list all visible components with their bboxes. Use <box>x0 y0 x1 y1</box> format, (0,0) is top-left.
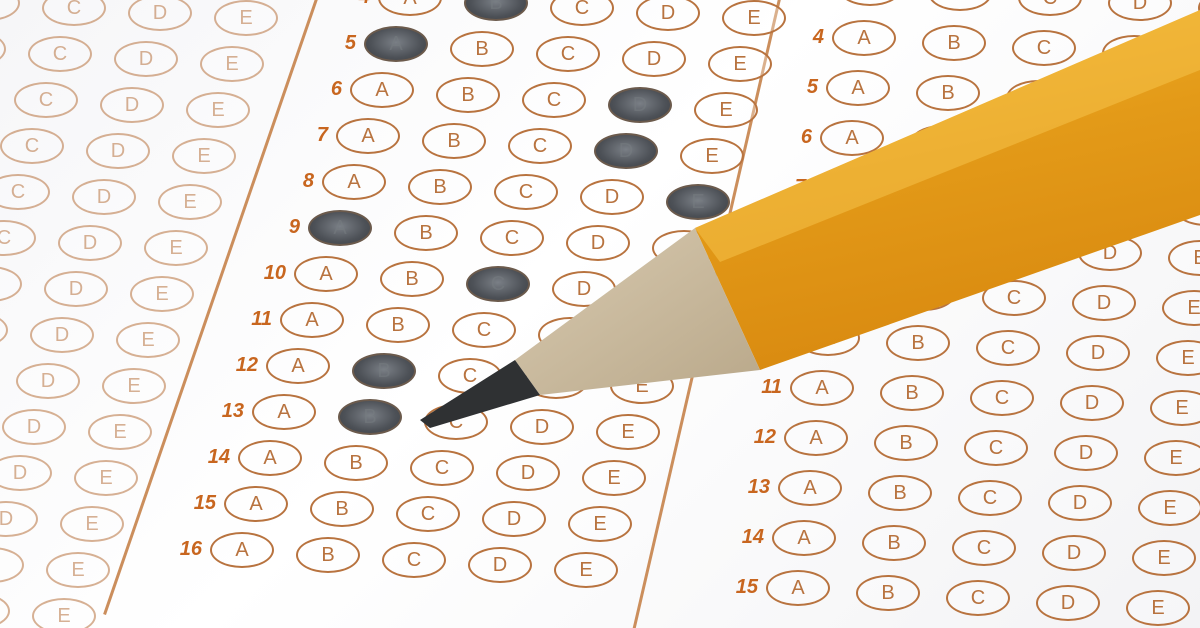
answer-bubble-e[interactable]: E <box>130 276 194 312</box>
question-number: 10 <box>748 326 788 349</box>
answer-bubble-e[interactable]: E <box>1180 140 1200 176</box>
answer-bubble-a[interactable]: A <box>322 164 386 200</box>
answer-bubble-d[interactable]: D <box>58 225 122 261</box>
answer-bubble-b[interactable]: B <box>408 169 472 205</box>
answer-bubble-e[interactable]: E <box>554 552 618 588</box>
answer-bubble-e[interactable]: E <box>214 0 278 36</box>
answer-bubble-b[interactable]: B <box>904 175 968 211</box>
answer-bubble-a[interactable]: A <box>826 70 890 106</box>
answer-bubble-c[interactable]: C <box>958 480 1022 516</box>
answer-bubble-b[interactable]: B <box>450 31 514 67</box>
answer-bubble-b[interactable]: B <box>310 491 374 527</box>
question-number: 7 <box>766 176 806 199</box>
answer-bubble-a[interactable]: A <box>280 302 344 338</box>
answer-bubble-c[interactable]: C <box>0 312 8 348</box>
answer-bubble-e[interactable]: E <box>172 138 236 174</box>
answer-bubble-d[interactable]: D <box>100 87 164 123</box>
answer-bubble-a[interactable]: A <box>308 210 372 246</box>
answer-bubble-c[interactable]: C <box>438 358 502 394</box>
answer-bubble-e[interactable]: E <box>1126 590 1190 626</box>
question-number: 8 <box>274 170 314 193</box>
answer-bubble-e[interactable]: E <box>1150 390 1200 426</box>
answer-bubble-e[interactable]: E <box>1132 540 1196 576</box>
answer-bubble-d[interactable]: D <box>636 0 700 31</box>
answer-bubble-c[interactable]: C <box>424 404 488 440</box>
answer-bubble-b[interactable]: B <box>922 25 986 61</box>
answer-bubble-e[interactable]: E <box>32 598 96 628</box>
answer-bubble-c[interactable]: C <box>522 82 586 118</box>
answer-bubble-c[interactable]: C <box>1012 30 1076 66</box>
answer-bubble-d[interactable]: D <box>594 133 658 169</box>
answer-bubble-d[interactable]: D <box>0 547 24 583</box>
answer-bubble-b[interactable]: B <box>874 425 938 461</box>
question-number: 13 <box>204 400 244 423</box>
answer-bubble-e[interactable]: E <box>1144 440 1200 476</box>
answer-bubble-d[interactable]: D <box>1054 435 1118 471</box>
answer-bubble-b[interactable]: B <box>296 537 360 573</box>
answer-bubble-c[interactable]: C <box>1000 130 1064 166</box>
answer-bubble-d[interactable]: D <box>622 41 686 77</box>
answer-bubble-b[interactable]: B <box>880 375 944 411</box>
answer-bubble-c[interactable]: C <box>982 280 1046 316</box>
answer-bubble-c[interactable]: C <box>0 128 64 164</box>
answer-bubble-b[interactable]: B <box>324 445 388 481</box>
answer-bubble-d[interactable]: D <box>468 547 532 583</box>
answer-bubble-c[interactable]: C <box>988 230 1052 266</box>
answer-bubble-d[interactable]: D <box>1048 485 1112 521</box>
answer-bubble-d[interactable]: D <box>86 133 150 169</box>
answer-bubble-b[interactable]: B <box>868 475 932 511</box>
question-number: 15 <box>718 576 758 599</box>
question-number: 15 <box>176 492 216 515</box>
answer-bubble-d[interactable]: D <box>1078 235 1142 271</box>
answer-bubble-d[interactable]: D <box>1096 85 1160 121</box>
answer-bubble-b[interactable]: B <box>0 31 6 67</box>
answer-bubble-a[interactable]: A <box>784 420 848 456</box>
answer-bubble-a[interactable]: A <box>378 0 442 16</box>
answer-bubble-b[interactable]: B <box>436 77 500 113</box>
answer-bubble-d[interactable]: D <box>128 0 192 31</box>
answer-bubble-c[interactable]: C <box>946 580 1010 616</box>
answer-bubble-c[interactable]: C <box>396 496 460 532</box>
answer-bubble-d[interactable]: D <box>2 409 66 445</box>
answer-bubble-e[interactable]: E <box>74 460 138 496</box>
question-number: 13 <box>730 476 770 499</box>
answer-bubble-d[interactable]: D <box>482 501 546 537</box>
answer-bubble-e[interactable]: E <box>708 46 772 82</box>
answer-bubble-b[interactable]: B <box>366 307 430 343</box>
answer-bubble-d[interactable]: D <box>1036 585 1100 621</box>
answer-bubble-c[interactable]: C <box>382 542 446 578</box>
answer-bubble-a[interactable]: A <box>266 348 330 384</box>
question-number: 7 <box>288 124 328 147</box>
answer-bubble-b[interactable]: B <box>338 399 402 435</box>
answer-bubble-c[interactable]: C <box>480 220 544 256</box>
question-number: 14 <box>190 446 230 469</box>
question-number: 6 <box>772 126 812 149</box>
answer-bubble-e[interactable]: E <box>680 138 744 174</box>
answer-bubble-d[interactable]: D <box>580 179 644 215</box>
question-number: 11 <box>742 376 782 399</box>
answer-bubble-c[interactable]: C <box>452 312 516 348</box>
answer-bubble-a[interactable]: A <box>820 120 884 156</box>
answer-bubble-a[interactable]: A <box>772 520 836 556</box>
answer-bubble-c[interactable]: C <box>976 330 1040 366</box>
answer-bubble-c[interactable]: C <box>42 0 106 26</box>
question-number: 12 <box>736 426 776 449</box>
answer-bubble-e[interactable]: E <box>568 506 632 542</box>
answer-bubble-b[interactable]: B <box>928 0 992 11</box>
answer-bubble-a[interactable]: A <box>796 320 860 356</box>
answer-bubble-b[interactable]: B <box>464 0 528 21</box>
answer-bubble-c[interactable]: C <box>14 82 78 118</box>
answer-bubble-b[interactable]: B <box>910 125 974 161</box>
answer-bubble-d[interactable]: D <box>44 271 108 307</box>
answer-bubble-e[interactable]: E <box>722 0 786 36</box>
question-number: 9 <box>260 216 300 239</box>
answer-bubble-c[interactable]: C <box>0 266 22 302</box>
answer-bubble-a[interactable]: A <box>210 532 274 568</box>
answer-bubble-e[interactable]: E <box>666 184 730 220</box>
answer-sheet: ABCDEABCDEABCDEABCDEABCDEABCDEABCDEABCDE… <box>0 0 1200 628</box>
answer-bubble-c[interactable]: C <box>28 36 92 72</box>
answer-bubble-c[interactable]: C <box>550 0 614 26</box>
answer-bubble-c[interactable]: C <box>970 380 1034 416</box>
answer-bubble-c[interactable]: C <box>0 174 50 210</box>
answer-bubble-b[interactable]: B <box>862 525 926 561</box>
answer-bubble-e[interactable]: E <box>200 46 264 82</box>
answer-bubble-a[interactable]: A <box>224 486 288 522</box>
answer-bubble-b[interactable]: B <box>0 0 20 21</box>
answer-bubble-c[interactable]: C <box>964 430 1028 466</box>
answer-bubble-e[interactable]: E <box>1168 240 1200 276</box>
answer-bubble-e[interactable]: E <box>1138 490 1200 526</box>
answer-bubble-c[interactable]: C <box>508 128 572 164</box>
answer-bubble-a[interactable]: A <box>350 72 414 108</box>
answer-bubble-c[interactable]: C <box>466 266 530 302</box>
answer-bubble-d[interactable]: D <box>114 41 178 77</box>
answer-bubble-c[interactable]: C <box>994 180 1058 216</box>
question-number: 6 <box>302 78 342 101</box>
answer-bubble-e[interactable]: E <box>116 322 180 358</box>
answer-bubble-d[interactable]: D <box>30 317 94 353</box>
answer-bubble-d[interactable]: D <box>1066 335 1130 371</box>
answer-bubble-e[interactable]: E <box>102 368 166 404</box>
question-number: 9 <box>754 276 794 299</box>
answer-bubble-c[interactable]: C <box>0 220 36 256</box>
answer-bubble-a[interactable]: A <box>838 0 902 6</box>
answer-bubble-c[interactable]: C <box>1006 80 1070 116</box>
answer-bubble-d[interactable]: D <box>1084 185 1148 221</box>
answer-bubble-d[interactable]: D <box>510 409 574 445</box>
answer-bubble-e[interactable]: E <box>1192 40 1200 76</box>
answer-bubble-a[interactable]: A <box>778 470 842 506</box>
answer-bubble-e[interactable]: E <box>60 506 124 542</box>
answer-bubble-a[interactable]: A <box>814 170 878 206</box>
question-number: 8 <box>760 226 800 249</box>
answer-bubble-e[interactable]: E <box>1186 90 1200 126</box>
answer-bubble-e[interactable]: E <box>158 184 222 220</box>
answer-bubble-a[interactable]: A <box>832 20 896 56</box>
answer-bubble-d[interactable]: D <box>496 455 560 491</box>
answer-bubble-b[interactable]: B <box>380 261 444 297</box>
question-number: 12 <box>218 354 258 377</box>
answer-bubble-b[interactable]: B <box>916 75 980 111</box>
answer-bubble-e[interactable]: E <box>652 230 716 266</box>
question-number: 4 <box>330 0 370 9</box>
answer-bubble-a[interactable]: A <box>802 270 866 306</box>
answer-bubble-e[interactable]: E <box>596 414 660 450</box>
answer-bubble-a[interactable]: A <box>364 26 428 62</box>
answer-bubble-b[interactable]: B <box>422 123 486 159</box>
answer-bubble-a[interactable]: A <box>238 440 302 476</box>
answer-bubble-d[interactable]: D <box>1042 535 1106 571</box>
answer-bubble-d[interactable]: D <box>0 455 52 491</box>
answer-bubble-b[interactable]: B <box>892 275 956 311</box>
answer-bubble-c[interactable]: C <box>952 530 1016 566</box>
answer-bubble-c[interactable]: C <box>494 174 558 210</box>
answer-bubble-c[interactable]: C <box>536 36 600 72</box>
question-number: 5 <box>778 76 818 99</box>
answer-bubble-d[interactable]: D <box>1072 285 1136 321</box>
answer-bubble-d[interactable]: D <box>16 363 80 399</box>
answer-bubble-b[interactable]: B <box>352 353 416 389</box>
question-number: 10 <box>246 262 286 285</box>
answer-bubble-e[interactable]: E <box>1174 190 1200 226</box>
answer-bubble-c[interactable]: C <box>1018 0 1082 16</box>
answer-bubble-a[interactable]: A <box>790 370 854 406</box>
question-number: 4 <box>784 26 824 49</box>
answer-bubble-d[interactable]: D <box>0 593 10 628</box>
question-number: 11 <box>232 308 272 331</box>
question-number: 5 <box>316 32 356 55</box>
answer-bubble-e[interactable]: E <box>624 322 688 358</box>
answer-bubble-a[interactable]: A <box>766 570 830 606</box>
answer-bubble-e[interactable]: E <box>186 92 250 128</box>
answer-bubble-d[interactable]: D <box>72 179 136 215</box>
answer-bubble-e[interactable]: E <box>582 460 646 496</box>
answer-bubble-d[interactable]: D <box>1060 385 1124 421</box>
answer-bubble-e[interactable]: E <box>1162 290 1200 326</box>
answer-bubble-b[interactable]: B <box>886 325 950 361</box>
answer-bubble-a[interactable]: A <box>808 220 872 256</box>
answer-bubble-b[interactable]: B <box>394 215 458 251</box>
answer-bubble-d[interactable]: D <box>566 225 630 261</box>
answer-bubble-e[interactable]: E <box>144 230 208 266</box>
answer-bubble-c[interactable]: C <box>410 450 474 486</box>
answer-bubble-a[interactable]: A <box>294 256 358 292</box>
answer-bubble-e[interactable]: E <box>694 92 758 128</box>
answer-bubble-d[interactable]: D <box>608 87 672 123</box>
answer-bubble-d[interactable]: D <box>1108 0 1172 21</box>
answer-bubble-d[interactable]: D <box>1102 35 1166 71</box>
answer-bubble-e[interactable]: E <box>46 552 110 588</box>
answer-bubble-e[interactable]: E <box>1156 340 1200 376</box>
answer-bubble-e[interactable]: E <box>88 414 152 450</box>
answer-bubble-d[interactable]: D <box>552 271 616 307</box>
answer-bubble-a[interactable]: A <box>252 394 316 430</box>
answer-bubble-b[interactable]: B <box>856 575 920 611</box>
question-number: 16 <box>162 538 202 561</box>
answer-bubble-b[interactable]: B <box>898 225 962 261</box>
answer-bubble-e[interactable]: E <box>610 368 674 404</box>
answer-bubble-d[interactable]: D <box>0 501 38 537</box>
answer-bubble-d[interactable]: D <box>524 363 588 399</box>
answer-bubble-a[interactable]: A <box>336 118 400 154</box>
answer-bubble-d[interactable]: D <box>1090 135 1154 171</box>
answer-bubble-d[interactable]: D <box>538 317 602 353</box>
answer-bubble-e[interactable]: E <box>638 276 702 312</box>
question-number: 14 <box>724 526 764 549</box>
